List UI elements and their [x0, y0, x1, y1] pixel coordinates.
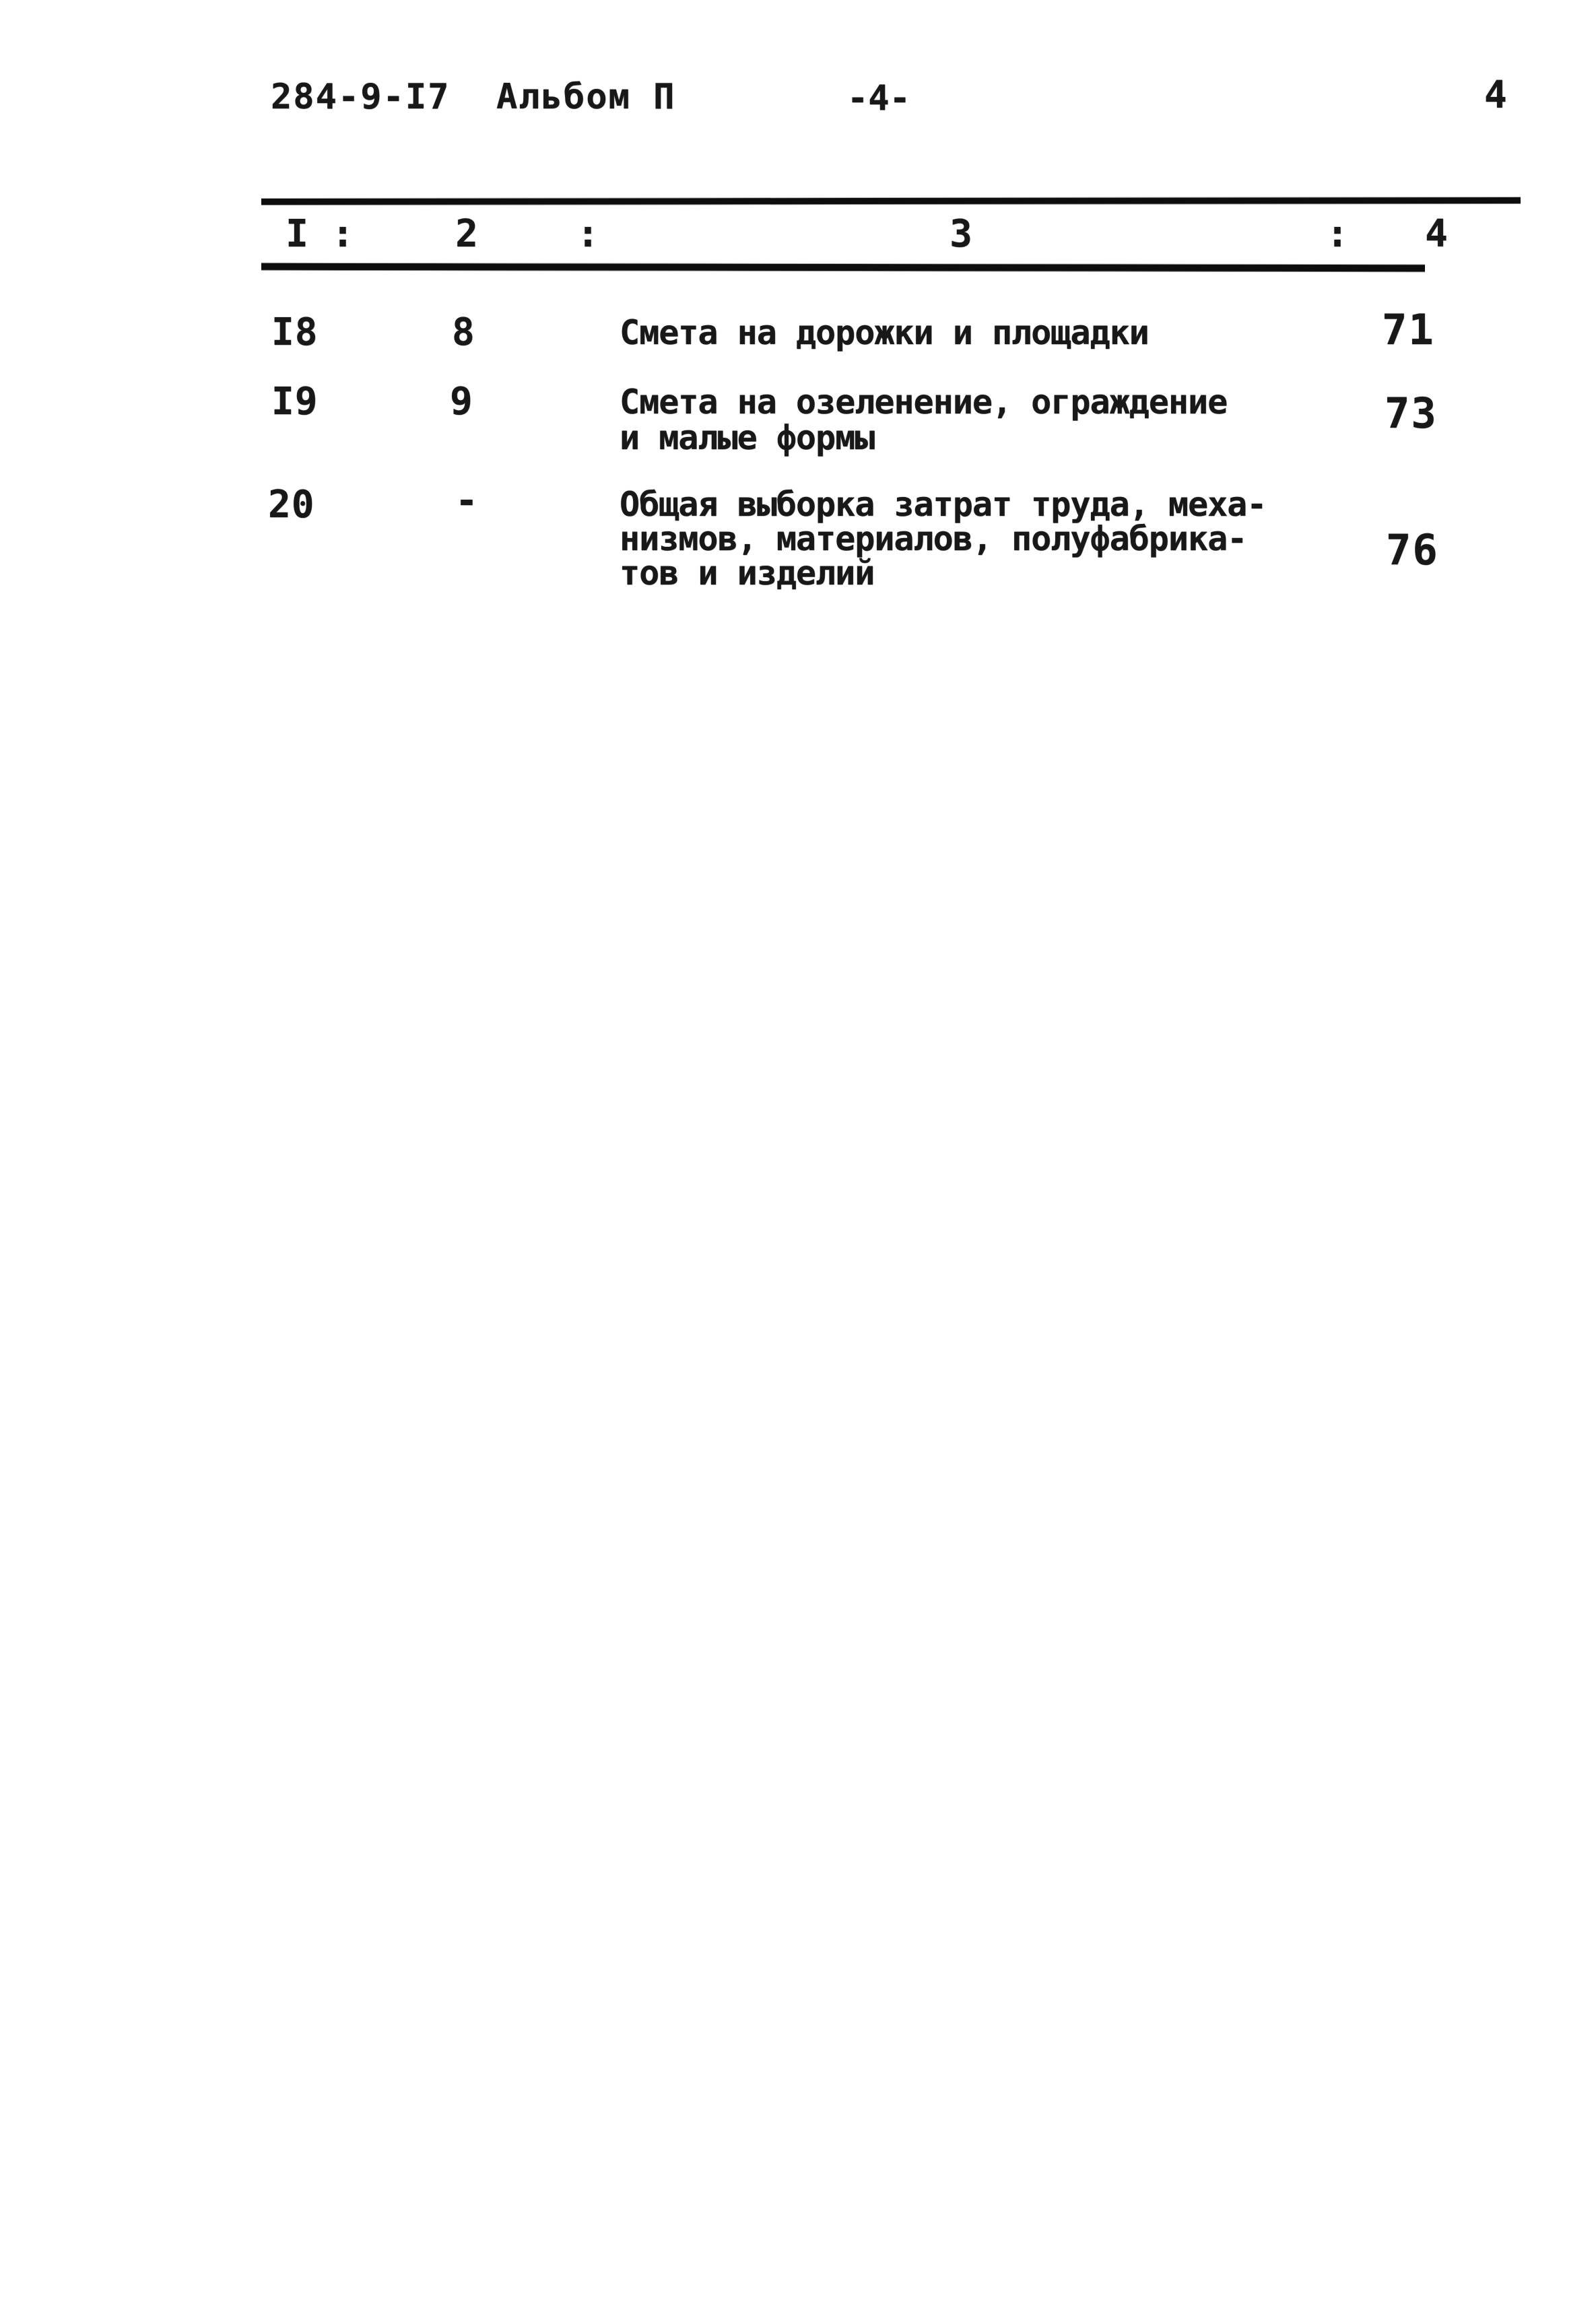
page-ref-cell: 73	[1385, 392, 1438, 435]
column-header-4: 4	[1425, 214, 1448, 255]
row-number-cell: I9	[271, 382, 318, 422]
title-cell: Общая выборка затрат труда, меха- низмов…	[620, 488, 1327, 591]
page-ref-cell: 76	[1386, 529, 1439, 572]
sheet-number-cell: 8	[452, 312, 475, 353]
column-separator: :	[576, 214, 599, 255]
scanned-page: 284-9-I7 Альбом П -4- 4 I : 2 : 3 : 4 I8…	[0, 0, 1596, 2320]
album-label: Альбом П	[496, 78, 675, 116]
doc-number: 284-9-I7	[271, 78, 450, 116]
column-separator: :	[1326, 214, 1349, 255]
center-page-marker: -4-	[847, 79, 910, 117]
corner-page-number: 4	[1484, 77, 1507, 114]
column-header-3: 3	[950, 214, 972, 255]
row-number-cell: I8	[271, 312, 318, 353]
table-header-top-rule	[261, 197, 1521, 205]
column-separator: :	[331, 214, 354, 255]
row-number-cell: 20	[268, 485, 314, 525]
column-header-2: 2	[455, 214, 478, 255]
column-header-1: I	[286, 214, 308, 255]
sheet-number-cell: -	[455, 481, 478, 521]
table-header-bottom-rule	[261, 263, 1425, 271]
page-ref-cell: 71	[1382, 308, 1435, 352]
title-cell: Смета на озеленение, ограждение и малые …	[620, 385, 1327, 456]
sheet-number-cell: 9	[450, 382, 473, 422]
title-cell: Смета на дорожки и площадки	[620, 315, 1327, 351]
